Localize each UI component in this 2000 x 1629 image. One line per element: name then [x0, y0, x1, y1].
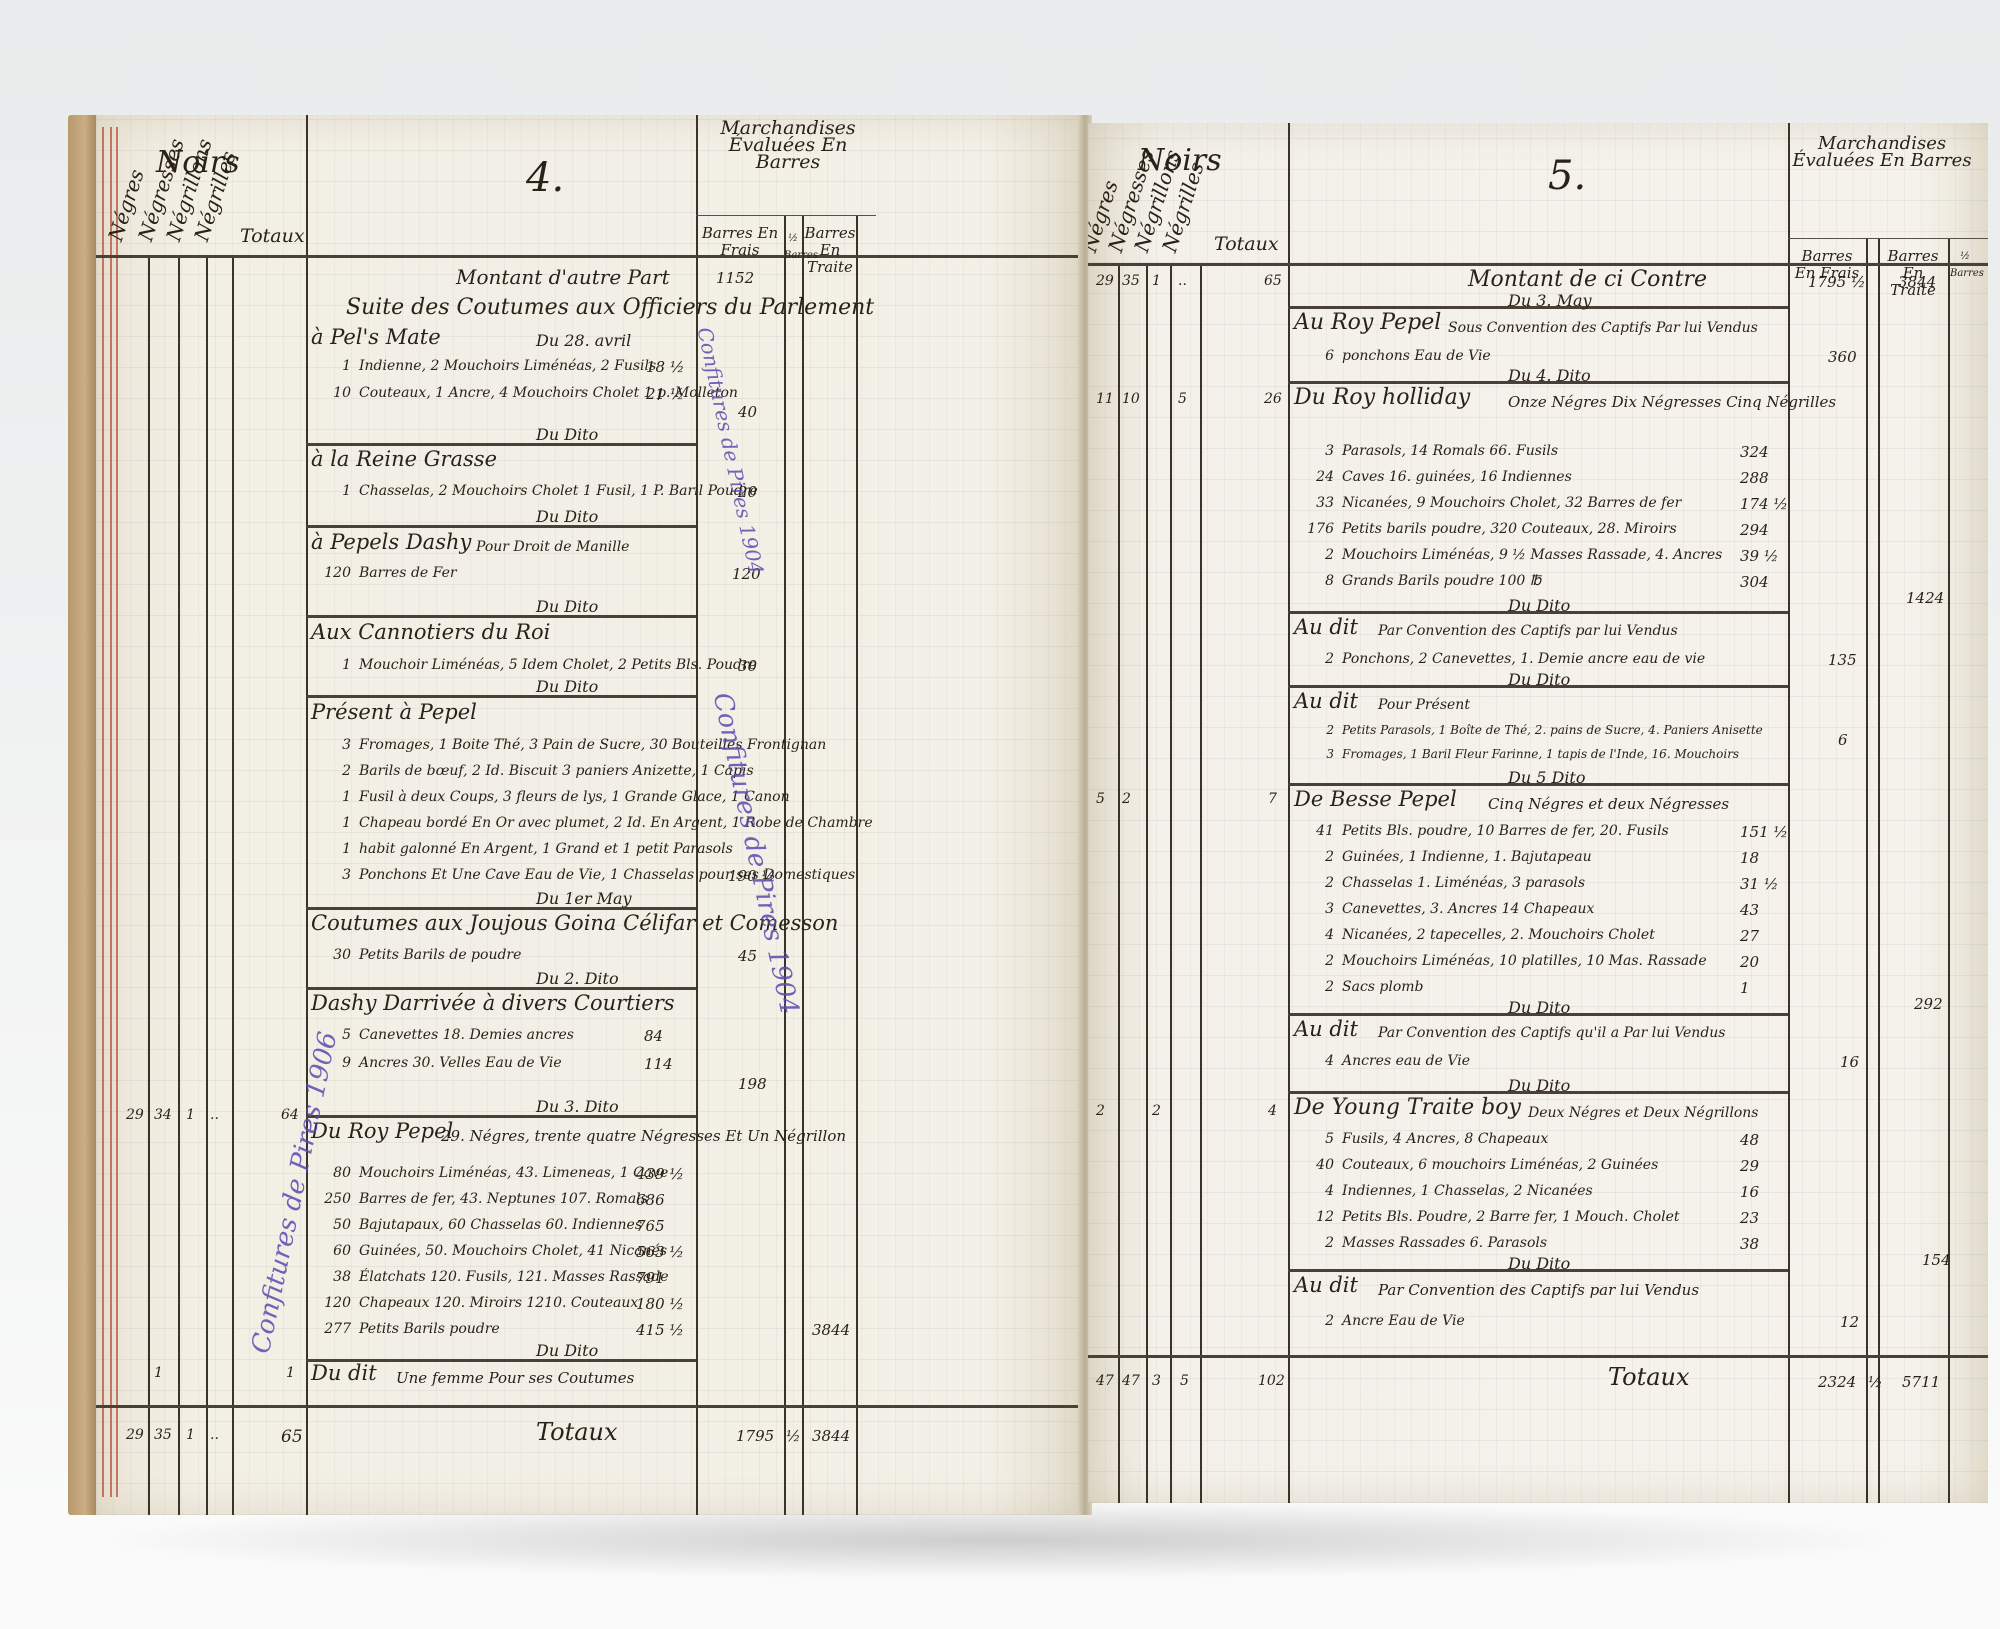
- entry-title: Du dit: [311, 1361, 377, 1385]
- item-line: 38Élatchats 120. Fusils, 121. Masses Ras…: [311, 1269, 668, 1285]
- col-header-barres-traite: Barres En Traite: [804, 225, 856, 276]
- entry-frais: 30: [738, 657, 757, 675]
- total-traite: 5711: [1902, 1373, 1940, 1391]
- item-line: 4Nicanées, 2 tapecelles, 2. Mouchoirs Ch…: [1294, 927, 1655, 943]
- item-line: 60Guinées, 50. Mouchoirs Cholet, 41 Nica…: [311, 1243, 667, 1259]
- entry-date: Du 3. May: [1508, 291, 1592, 310]
- item-line: 2Masses Rassades 6. Parasols: [1294, 1235, 1547, 1251]
- entry-date: Du 2. Dito: [536, 969, 619, 988]
- entry-title: Du Roy Pepel: [311, 1119, 453, 1143]
- item-line: 2Barils de bœuf, 2 Id. Biscuit 3 paniers…: [311, 763, 754, 779]
- carried-frais: 1152: [716, 269, 754, 287]
- entry-note: Deux Négres et Deux Négrillons: [1528, 1105, 1758, 1121]
- item-line: 3Canevettes, 3. Ancres 14 Chapeaux: [1294, 901, 1594, 917]
- item-line: 8Grands Barils poudre 100 ℔: [1294, 573, 1541, 589]
- item-line: 120Chapeaux 120. Miroirs 1210. Couteaux: [311, 1295, 638, 1311]
- count-totaux: 7: [1268, 791, 1277, 807]
- total-negrillons: 3: [1152, 1373, 1161, 1389]
- ledger-book: Noirs Négres Négresses Négrillons Négril…: [68, 115, 1918, 1515]
- item-line: 1Chasselas, 2 Mouchoirs Cholet 1 Fusil, …: [311, 483, 758, 499]
- entry-frais: 45: [738, 947, 757, 965]
- entry-traite: 1424: [1906, 589, 1944, 607]
- count-negresses: 2: [1122, 791, 1131, 807]
- entry-date: Du 3. Dito: [536, 1097, 619, 1116]
- count-totaux: 1: [286, 1365, 295, 1381]
- entry-date: Du 1er May: [536, 889, 632, 908]
- item-amount: 21 ½: [646, 385, 684, 403]
- item-amount: 324: [1740, 443, 1769, 461]
- total-negres: 29: [126, 1427, 144, 1443]
- count-negresses: 35: [1122, 273, 1140, 289]
- col-header-totaux: Totaux: [1214, 233, 1279, 255]
- entry-note: Par Convention des Captifs qu'il a Par l…: [1378, 1025, 1726, 1041]
- item-line: 40Couteaux, 6 mouchoirs Liménéas, 2 Guin…: [1294, 1157, 1658, 1173]
- count-negrilles: ..: [1178, 273, 1187, 289]
- item-line: 1Chapeau bordé En Or avec plumet, 2 Id. …: [311, 815, 873, 831]
- item-line: 2Chasselas 1. Liménéas, 3 parasols: [1294, 875, 1585, 891]
- item-amount: 16: [1740, 1183, 1759, 1201]
- total-negrillons: 1: [186, 1427, 195, 1443]
- entry-title: à Pel's Mate: [311, 325, 441, 349]
- entry-title: Au Roy Pepel: [1294, 310, 1441, 335]
- item-line: 1Indienne, 2 Mouchoirs Liménéas, 2 Fusil…: [311, 358, 656, 374]
- entry-date: Du Dito: [536, 677, 598, 696]
- item-line: 176Petits barils poudre, 320 Couteaux, 2…: [1294, 521, 1677, 537]
- item-amount: 288: [1740, 469, 1769, 487]
- entry-frais: 198: [738, 1075, 767, 1093]
- item-line: 12Petits Bls. Poudre, 2 Barre fer, 1 Mou…: [1294, 1209, 1680, 1225]
- book-cover-edge: [68, 115, 96, 1515]
- entry-date: Du Dito: [536, 507, 598, 526]
- item-line: 9Ancres 30. Velles Eau de Vie: [311, 1055, 562, 1071]
- total-totaux: 65: [281, 1427, 303, 1447]
- item-amount: 791: [636, 1269, 665, 1287]
- item-amount: 765: [636, 1217, 665, 1235]
- entry-note: Cinq Négres et deux Négresses: [1488, 795, 1729, 813]
- count-totaux: 65: [1264, 273, 1282, 289]
- entry-title: Au dit: [1294, 615, 1358, 639]
- entry-title: Au dit: [1294, 1273, 1358, 1297]
- item-amount: 48: [1740, 1131, 1759, 1149]
- entry-frais: 40: [738, 403, 757, 421]
- entry-date: Du Dito: [1508, 596, 1570, 615]
- entry-date: Du Dito: [536, 425, 598, 444]
- item-line: 1habit galonné En Argent, 1 Grand et 1 p…: [311, 841, 733, 857]
- item-amount: 39 ½: [1740, 547, 1778, 565]
- entry-title: Dashy Darrivée à divers Courtiers: [311, 991, 675, 1015]
- item-amount: 563 ½: [636, 1243, 684, 1261]
- item-line: 80Mouchoirs Liménéas, 43. Limeneas, 1 Ca…: [311, 1165, 668, 1181]
- item-line: 5Canevettes 18. Demies ancres: [311, 1027, 574, 1043]
- total-negres: 47: [1096, 1373, 1114, 1389]
- col-header-totaux: Totaux: [240, 225, 305, 247]
- item-amount: 180 ½: [636, 1295, 684, 1313]
- entry-note: Pour Droit de Manille: [476, 539, 629, 555]
- count-totaux: 4: [1268, 1103, 1277, 1119]
- item-amount: 151 ½: [1740, 823, 1788, 841]
- col-header-half-barres: ½ Barres: [1950, 248, 1980, 282]
- carried-frais: 1795 ½: [1808, 273, 1865, 291]
- entry-date: Du 4. Dito: [1508, 366, 1591, 385]
- item-amount: 84: [644, 1027, 663, 1045]
- entry-title: à la Reine Grasse: [311, 447, 497, 471]
- entry-date: Du Dito: [536, 1341, 598, 1360]
- total-negrilles: ..: [210, 1427, 219, 1443]
- item-amount: 174 ½: [1740, 495, 1788, 513]
- item-amount: 686: [636, 1191, 665, 1209]
- count-negrilles: ..: [210, 1107, 219, 1123]
- entry-note: Pour Présent: [1378, 697, 1470, 713]
- entry-frais: 6: [1838, 731, 1848, 749]
- entry-title: Du Roy holliday: [1294, 385, 1470, 410]
- entry-traite: 154: [1922, 1251, 1951, 1269]
- item-line: 24Caves 16. guinées, 16 Indiennes: [1294, 469, 1572, 485]
- entry-traite: 3844: [812, 1321, 850, 1339]
- entry-date: Du 28. avril: [536, 331, 631, 350]
- entry-date: Du Dito: [1508, 670, 1570, 689]
- item-amount: 1: [1740, 979, 1750, 997]
- item-amount: 43: [1740, 901, 1759, 919]
- total-half: ½: [1868, 1373, 1883, 1391]
- entry-frais: 12: [1840, 1313, 1859, 1331]
- item-amount: 18: [1740, 849, 1759, 867]
- item-line: 2Mouchoirs Liménéas, 9 ½ Masses Rassade,…: [1294, 547, 1722, 563]
- entry-note: Sous Convention des Captifs Par lui Vend…: [1448, 320, 1758, 336]
- item-amount: 114: [644, 1055, 673, 1073]
- item-amount: 23: [1740, 1209, 1759, 1227]
- page-number: 5.: [1548, 153, 1586, 199]
- item-line: 1Fusil à deux Coups, 3 fleurs de lys, 1 …: [311, 789, 790, 805]
- item-line: 120Barres de Fer: [311, 565, 457, 581]
- item-line: 2Sacs plomb: [1294, 979, 1424, 995]
- item-line: 3Parasols, 14 Romals 66. Fusils: [1294, 443, 1558, 459]
- entry-note: 29. Négres, trente quatre Négresses Et U…: [441, 1127, 846, 1145]
- entry-title: à Pepels Dashy: [311, 530, 471, 554]
- carried-forward-label: Montant de ci Contre: [1468, 267, 1707, 292]
- totals-label: Totaux: [536, 1418, 618, 1446]
- item-amount: 38: [1740, 1235, 1759, 1253]
- item-line: 277Petits Barils poudre: [311, 1321, 500, 1337]
- entry-note: Onze Négres Dix Négresses Cinq Négrilles: [1508, 393, 1836, 411]
- count-negres: 29: [1096, 273, 1114, 289]
- item-amount: 31 ½: [1740, 875, 1778, 893]
- entry-title: Présent à Pepel: [311, 700, 477, 724]
- item-amount: 18 ½: [646, 358, 684, 376]
- item-line: 33Nicanées, 9 Mouchoirs Cholet, 32 Barre…: [1294, 495, 1681, 511]
- entry-title: Au dit: [1294, 1017, 1358, 1041]
- count-negrillons: 2: [1152, 1103, 1161, 1119]
- page-number: 4.: [526, 155, 564, 201]
- item-amount: 20: [1740, 953, 1759, 971]
- left-page: Noirs Négres Négresses Négrillons Négril…: [96, 115, 1086, 1515]
- count-negres: 2: [1096, 1103, 1105, 1119]
- count-negresses: 10: [1122, 391, 1140, 407]
- entry-date: Du Dito: [1508, 998, 1570, 1017]
- entry-title: Au dit: [1294, 689, 1358, 713]
- item-amount: 294: [1740, 521, 1769, 539]
- entry-title: De Young Traite boy: [1294, 1095, 1521, 1120]
- total-frais: 1795: [736, 1427, 774, 1445]
- total-half: ½: [786, 1427, 801, 1445]
- entry-title: Aux Cannotiers du Roi: [311, 620, 550, 644]
- item-line: 2Ancre Eau de Vie: [1294, 1313, 1465, 1329]
- count-negrilles: 5: [1178, 391, 1187, 407]
- stamp-mark: Confitures de Pires 1904: [693, 325, 769, 577]
- section-title: Suite des Coutumes aux Officiers du Parl…: [346, 295, 874, 320]
- entry-frais: 360: [1828, 348, 1857, 366]
- total-frais: 2324: [1818, 1373, 1856, 1391]
- item-line: 3Fromages, 1 Baril Fleur Farinne, 1 tapi…: [1294, 747, 1739, 761]
- col-header-half-barres: ½ Barres: [784, 230, 802, 264]
- item-line: 6ponchons Eau de Vie: [1294, 348, 1491, 364]
- carried-forward-label: Montant d'autre Part: [456, 265, 670, 289]
- item-line: 2Guinées, 1 Indienne, 1. Bajutapeau: [1294, 849, 1592, 865]
- item-line: 5Fusils, 4 Ancres, 8 Chapeaux: [1294, 1131, 1548, 1147]
- entry-note: Par Convention des Captifs par lui Vendu…: [1378, 623, 1678, 639]
- carried-traite: 3844: [1898, 273, 1936, 291]
- item-line: 30Petits Barils de poudre: [311, 947, 521, 963]
- merchandise-header: Marchandises Évaluées En Barres: [700, 120, 876, 171]
- col-header-barres-frais: Barres En Frais: [698, 225, 782, 259]
- entry-date: Du Dito: [536, 597, 598, 616]
- item-line: 1Mouchoir Liménéas, 5 Idem Cholet, 2 Pet…: [311, 657, 757, 673]
- merchandise-header: Marchandises Évaluées En Barres: [1792, 135, 1972, 169]
- item-line: 2Mouchoirs Liménéas, 10 platilles, 10 Ma…: [1294, 953, 1707, 969]
- total-negresses: 35: [154, 1427, 172, 1443]
- entry-frais: 16: [1840, 1053, 1859, 1071]
- item-line: 41Petits Bls. poudre, 10 Barres de fer, …: [1294, 823, 1669, 839]
- item-line: 4Ancres eau de Vie: [1294, 1053, 1470, 1069]
- count-negres: 29: [126, 1107, 144, 1123]
- total-totaux: 102: [1258, 1373, 1285, 1389]
- totals-label: Totaux: [1608, 1363, 1690, 1391]
- item-amount: 439 ½: [636, 1165, 684, 1183]
- item-amount: 29: [1740, 1157, 1759, 1175]
- item-amount: 415 ½: [636, 1321, 684, 1339]
- count-negrillons: 1: [186, 1107, 195, 1123]
- total-traite: 3844: [812, 1427, 850, 1445]
- entry-frais: 135: [1828, 651, 1857, 669]
- entry-note: Une femme Pour ses Coutumes: [396, 1369, 634, 1387]
- item-line: 250Barres de fer, 43. Neptunes 107. Roma…: [311, 1191, 648, 1207]
- right-page: Noirs Négres Négresses Négrillons Négril…: [1088, 123, 1988, 1503]
- item-amount: 304: [1740, 573, 1769, 591]
- entry-note: Par Convention des Captifs par lui Vendu…: [1378, 1281, 1699, 1299]
- entry-date: Du Dito: [1508, 1076, 1570, 1095]
- total-negresses: 47: [1122, 1373, 1140, 1389]
- count-negresses: 34: [154, 1107, 172, 1123]
- entry-traite: 292: [1914, 995, 1943, 1013]
- item-line: 4Indiennes, 1 Chasselas, 2 Nicanées: [1294, 1183, 1593, 1199]
- count-negres: 5: [1096, 791, 1105, 807]
- entry-title: De Besse Pepel: [1294, 787, 1457, 811]
- count-totaux: 26: [1264, 391, 1282, 407]
- count-negrillons: 1: [1152, 273, 1161, 289]
- entry-date: Du Dito: [1508, 1254, 1570, 1273]
- count-negres: 11: [1096, 391, 1114, 407]
- entry-date: Du 5 Dito: [1508, 768, 1586, 787]
- item-line: 2Petits Parasols, 1 Boîte de Thé, 2. pai…: [1294, 723, 1763, 737]
- item-line: 2Ponchons, 2 Canevettes, 1. Demie ancre …: [1294, 651, 1705, 667]
- total-negrilles: 5: [1180, 1373, 1189, 1389]
- count-negresses: 1: [154, 1365, 163, 1381]
- item-amount: 27: [1740, 927, 1759, 945]
- item-line: 50Bajutapaux, 60 Chasselas 60. Indiennes: [311, 1217, 642, 1233]
